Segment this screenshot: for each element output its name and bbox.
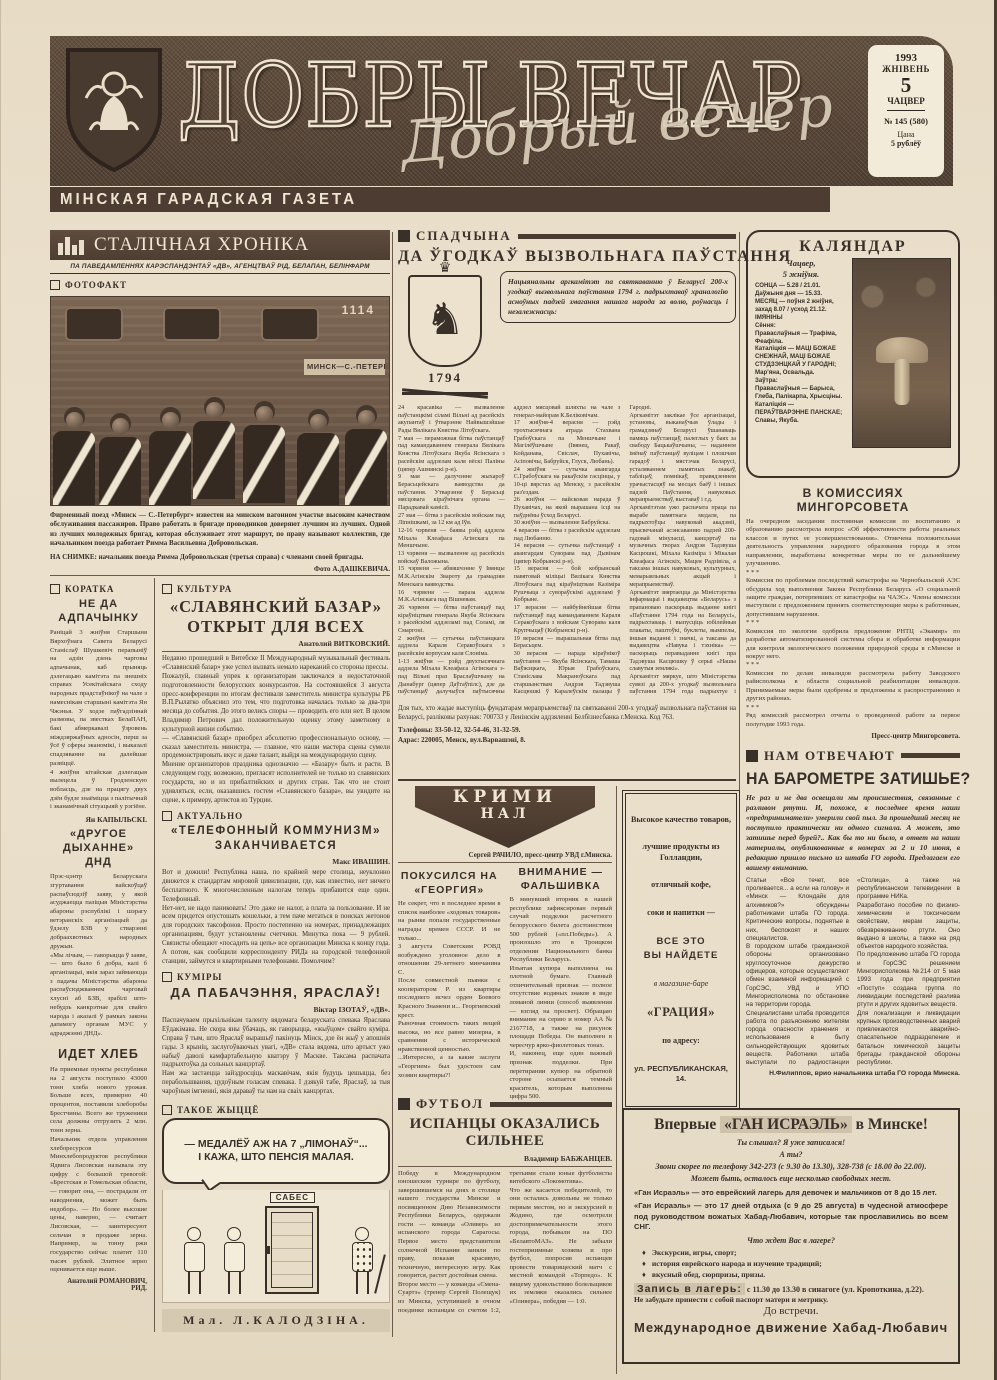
crossed-scythes-icon [398, 388, 492, 398]
spadchyna-address: Адрас: 220005, Менск, вул.Варвашэні, 8. [398, 736, 736, 744]
criminal-article1-headline: ПОКУСИЛСЯ НА «ГЕОРГИЯ» [398, 870, 501, 897]
left-column: СТАЛІЧНАЯ ХРОНІКА ПА ПАВЕДАМЛЕННЯХ КАРЭС… [50, 230, 390, 1332]
train-window [163, 307, 221, 341]
spadchyna-intro: Нацыянальны аргкамітэт па святкаванню ў … [500, 271, 736, 323]
futbol-headline: ИСПАНЦЫ ОКАЗАЛИСЬ СИЛЬНЕЕ [398, 1116, 612, 1151]
commissions-headline: В КОМИССИЯХ МИНГОРСОВЕТА [746, 486, 960, 514]
bread-byline: Анатолий РОМАНОВИЧ, РИД. [50, 1278, 147, 1292]
gan-bullet: ♦ история еврейского народа и изучение т… [634, 1258, 948, 1269]
dnd-body: Прэс-цэнтр Беларускага згуртавання вайск… [50, 873, 147, 1038]
barometer-headline: НА БАРОМЕТРЕ ЗАТИШЬЕ? [746, 770, 951, 789]
futbol-header: ФУТБОЛ [398, 1096, 612, 1112]
criminal-article1-body: Не секрет, что в последнее время в списо… [398, 900, 501, 1080]
gan-farewell: До встречи. [634, 1305, 948, 1317]
kumiry-byline: Віктар ІЗОТАЎ, «ДВ». [162, 1005, 390, 1014]
gan-question: Что ждет Вас в лагере? [634, 1236, 948, 1245]
date-year: 1993 [895, 52, 917, 64]
photo-figure [99, 418, 141, 506]
photo-figure [149, 412, 191, 506]
spadchyna-section-title: СПАДЧЫНА [416, 228, 512, 244]
comic-door-sign: САБЕС [270, 1192, 315, 1203]
spadchyna-chronology: 24 красавіка — вызваленне паўстанцкімі с… [398, 404, 736, 700]
gan-signup: Запись в лагерь: с 11.30 до 13.30 в сина… [634, 1283, 948, 1295]
futbol-body: Победу в Международном юношеском турнире… [398, 1170, 612, 1316]
barometer-byline: Н.Филиппов, врио начальника штаба ГО гор… [746, 1070, 960, 1077]
bread-headline: ИДЕТ ХЛЕБ [50, 1047, 147, 1063]
dnd-headline: «ДРУГОЕ ДЫХАННЕ» ДНД [50, 828, 147, 869]
rule [398, 862, 612, 863]
header-rule [901, 753, 960, 758]
uprising-year: 1794 [398, 370, 492, 386]
answer-section-title: НАМ ОТВЕЧАЮТ [764, 748, 895, 764]
criminal-article2-headline: ВНИМАНИЕ — ФАЛЬШИВКА [510, 866, 613, 893]
comic-credit: Мал. Л.КАЛОДЗІНА. [162, 1309, 390, 1332]
criminal-article2-body: В минувший вторник в нашей республике за… [510, 866, 613, 1104]
koratka-headline: НЕ ДА АДПАЧЫНКУ [50, 598, 147, 626]
square-bullet-icon [162, 584, 172, 594]
train-crew-photo: 1114 МИНСК—С.-ПЕТЕРБУРГ [50, 296, 390, 506]
gan-signup-label: Запись в лагерь: [634, 1283, 745, 1295]
gan-paragraph2: «Ган Исраэль» — это 17 дней отдыха (с 9 … [634, 1201, 948, 1232]
photo-figure [53, 412, 95, 506]
tagline-band: МІНСКАЯ ГАРАДСКАЯ ГАЗЕТА [50, 187, 830, 212]
telephone-byline: Макс ИВАШИН. [162, 857, 390, 866]
uprising-arms: ♛ ♞ 1794 [398, 271, 492, 398]
spadchyna-fundator-note: Для тых, хто жадае выступіць фундатарам … [398, 705, 736, 723]
narrow-subcolumn: КОРАТКА НЕ ДА АДПАЧЫНКУ Раніцай 3 жніўня… [50, 578, 147, 1333]
gracia-where: в магазине-баре [654, 979, 709, 988]
kumiry-body: Паспачуваем прыхільнікам таленту вядомаг… [162, 1017, 390, 1096]
criminal-articles: ПОКУСИЛСЯ НА «ГЕОРГИЯ» Не секрет, что в … [398, 866, 612, 1104]
spadchyna-section: СПАДЧЫНА ДА ЎГОДКАЎ ВЫЗВОЛЬНАГА ПАЎСТАНН… [398, 228, 736, 744]
gracia-line: лучшие продукты из Голландии, [629, 842, 733, 863]
gan-note: Не забудьте принести с собой паспорт мат… [634, 1295, 948, 1304]
header-rule [518, 234, 736, 239]
train-route-sign: МИНСК—С.-ПЕТЕРБУРГ [304, 359, 385, 375]
futbol-section: ФУТБОЛ ИСПАНЦЫ ОКАЗАЛИСЬ СИЛЬНЕЕ Владими… [398, 1096, 612, 1315]
price-value: 5 рублёў [891, 139, 921, 148]
bubble-tail [201, 1173, 220, 1192]
gracia-line: отличный кофе, [651, 880, 711, 891]
price-label: Цана [897, 130, 914, 139]
gracia-ad-inner: Высокое качество товаров, лучшие продукт… [625, 793, 737, 1107]
criminal-banner-line1: КРИМИ [415, 787, 595, 807]
telephone-body: Вот и дожили! Республика наша, по крайне… [162, 869, 390, 966]
spadchyna-phones: Тэлефоны: 33-50-12, 32-54-46, 31-32-59. [398, 726, 736, 734]
date-weekday: ЧАЦВЕР [887, 96, 925, 111]
gan-bullet: ♦ Экскурсии, игры, спорт; [634, 1247, 948, 1258]
comic-drawing: САБЕС [162, 1190, 390, 1303]
gan-israel-ad: Впервые «ГАН ИСРАЭЛЬ» в Минске! Ты слыша… [622, 1108, 960, 1364]
train-window [65, 307, 123, 341]
gan-paragraph1: «Ган Исраэль» — это еврейский лагерь для… [634, 1188, 948, 1198]
actual-label: АКТУАЛЬНО [162, 811, 390, 821]
futbol-byline: Владимир БАБЖАНЦЕВ. [398, 1154, 612, 1163]
gracia-ad: Высокое качество товаров, лучшие продукт… [622, 790, 740, 1110]
spadchyna-header: СПАДЧЫНА [398, 228, 736, 244]
comic-pensioner [349, 1227, 375, 1294]
right-column: КАЛЯНДАР Чацвер, 5 жніўня. СОНЦА — 5.28 … [746, 230, 960, 1077]
photo-figure [193, 402, 235, 499]
gan-title-highlight: «ГАН ИСРАЭЛЬ» [720, 1116, 852, 1133]
commissions-section: В КОМИССИЯХ МИНГОРСОВЕТА На очередном за… [746, 486, 960, 740]
minsk-coat-of-arms-icon [64, 46, 164, 174]
train-window [261, 307, 319, 341]
koratka-byline: Ян КАПЫЛЬСКІ. [50, 815, 147, 824]
rule [162, 651, 390, 652]
criminal-banner-line2: НАЛ [415, 806, 595, 822]
gracia-store-name: «ГРАЦИЯ» [647, 1005, 715, 1020]
gan-bullet: ♦ вкусный обед, сюрпризы, призы. [634, 1269, 948, 1280]
comic-block: ТАКОЕ ЖЫЦЦЁ — МЕДАЛЁЎ АЖ НА 7 „ЛІМОНАЎ“.… [162, 1105, 390, 1333]
section-divider [398, 779, 736, 781]
calendar-day: Чацвер, 5 жніўня. [755, 258, 847, 280]
gracia-line: Высокое качество товаров, [631, 815, 731, 826]
filled-square-icon [398, 230, 410, 242]
wide-subcolumn: КУЛЬТУРА «СЛАВЯНСКИЙ БАЗАР» ОТКРЫТ ДЛЯ В… [154, 578, 390, 1333]
arms-shield-icon: ♛ ♞ [408, 275, 482, 367]
gan-title-post: в Минске! [856, 1116, 928, 1133]
bazar-headline: «СЛАВЯНСКИЙ БАЗАР» ОТКРЫТ ДЛЯ ВСЕХ [162, 597, 390, 637]
photo-caption-note: НА СНИМКЕ: начальник поезда Римма Добров… [50, 553, 390, 561]
sources-line: ПА ПАВЕДАМЛЕННЯХ КАРЭСПАНДЭНТАЎ «ДВ», АГ… [50, 260, 390, 274]
gan-title-pre: Впервые [654, 1116, 716, 1133]
barometer-body: Статьи «Все течет, все проливается... а … [746, 877, 960, 1068]
criminal-banner: КРИМИ НАЛ [415, 786, 595, 848]
criminal-section: КРИМИ НАЛ Сергей РАЧИЛО, пресс-центр УВД… [398, 786, 612, 1104]
comic-label: ТАКОЕ ЖЫЦЦЁ [162, 1105, 390, 1115]
photo-figure [243, 406, 285, 503]
kumiry-label: КУМІРЫ [162, 972, 390, 982]
column-divider [392, 232, 393, 1337]
square-bullet-icon [162, 1105, 172, 1115]
gracia-address: ул. РЕСПУБЛИКАНСКАЯ, 14. [634, 1064, 728, 1085]
chronicle-header: СТАЛІЧНАЯ ХРОНІКА [50, 230, 390, 260]
diamond-bullet-icon: ♦ [642, 1247, 646, 1258]
calendar-text: Чацвер, 5 жніўня. СОНЦА — 5.28 / 21.01. … [755, 258, 847, 448]
comic-man [181, 1227, 207, 1294]
bazar-body: Недавно прошедший в Витебске II Междунар… [162, 655, 390, 805]
calendar-details: СОНЦА — 5.28 / 21.01. Даўжыня дня — 15.3… [755, 282, 847, 425]
gan-signup-details: с 11.30 до 13.30 в синагоге (ул. Кропотк… [747, 1285, 924, 1294]
comic-speech-bubble: — МЕДАЛЁЎ АЖ НА 7 „ЛІМОНАЎ“... І КАЖА, Ш… [162, 1118, 390, 1185]
culture-label: КУЛЬТУРА [162, 584, 390, 594]
bread-body: На приемные пункты республики на 2 авгус… [50, 1066, 147, 1275]
gracia-slogan: ВСЕ ЭТО ВЫ НАЙДЕТЕ [644, 935, 719, 962]
gan-title: Впервые «ГАН ИСРАЭЛЬ» в Минске! [634, 1116, 948, 1134]
kumiry-headline: ДА ПАБАЧЭННЯ, ЯРАСЛАЎ! [162, 985, 390, 1002]
answer-header: НАМ ОТВЕЧАЮТ [746, 748, 960, 764]
issue-number: № 145 (580) [884, 116, 928, 126]
koratka-body: Раніцай 3 жніўня Старшыня Вярхоўнага Сав… [50, 629, 147, 812]
rider-icon: ♞ [425, 295, 464, 344]
filled-square-icon [746, 750, 758, 762]
commissions-byline: Пресс-центр Мингорсовета. [746, 732, 960, 740]
mushroom-photo [852, 258, 951, 448]
mushroom-stem [894, 359, 909, 405]
commissions-body: На очередном заседании постоянная комисс… [746, 518, 960, 729]
train-number: 1114 [342, 303, 375, 317]
photo-figure [297, 414, 339, 506]
koratka-label: КОРАТКА [50, 584, 147, 594]
square-bullet-icon [162, 972, 172, 982]
gan-footer: Международное движение Хабад-Любавич [634, 1320, 948, 1335]
spadchyna-top-row: ♛ ♞ 1794 Нацыянальны аргкамітэт па святк… [398, 271, 736, 398]
gracia-address-label: по адресу: [662, 1036, 700, 1047]
header-rule [490, 1102, 612, 1107]
criminal-byline: Сергей РАЧИЛО, пресс-центр УВД г.Минска. [398, 851, 612, 859]
city-icon [58, 235, 84, 255]
telephone-headline: «ТЕЛЕФОННЫЙ КОММУНИЗМ» ЗАКАНЧИВАЕТСЯ [162, 824, 390, 854]
gracia-line: соки и напитки — [647, 908, 715, 919]
rule [398, 1166, 612, 1167]
photofact-label: ФОТОФАКТ [50, 280, 390, 290]
gan-teaser: Ты слышал? Я уже записался! А ты? Звони … [634, 1137, 948, 1185]
futbol-section-title: ФУТБОЛ [416, 1096, 484, 1112]
diamond-bullet-icon: ♦ [642, 1258, 646, 1269]
photo-figure [345, 410, 387, 506]
calendar-title: КАЛЯНДАР [755, 238, 951, 256]
column-divider [616, 786, 617, 1374]
photo-caption: Фирменный поезд «Минск — С.-Петербург» и… [50, 511, 390, 549]
chronicle-title: СТАЛІЧНАЯ ХРОНІКА [94, 234, 309, 256]
square-bullet-icon [50, 280, 60, 290]
comic-man [221, 1227, 247, 1294]
comic-door [265, 1206, 319, 1294]
date-day: 5 [901, 74, 912, 96]
square-bullet-icon [162, 811, 172, 821]
crown-icon: ♛ [439, 262, 452, 276]
left-subcolumns: КОРАТКА НЕ ДА АДПАЧЫНКУ Раніцай 3 жніўня… [50, 575, 390, 1333]
diamond-bullet-icon: ♦ [642, 1269, 646, 1280]
photo-credit: Фото А.ДАШКЕВИЧА. [50, 565, 390, 573]
barometer-lead: Не раз и не два освещали мы происшествия… [746, 793, 960, 873]
bazar-byline: Анатолий ВИТКОВСКИЙ. [162, 639, 390, 648]
filled-square-icon [398, 1098, 410, 1110]
tagline-text: МІНСКАЯ ГАРАДСКАЯ ГАЗЕТА [60, 191, 357, 209]
square-bullet-icon [50, 584, 60, 594]
calendar-box: КАЛЯНДАР Чацвер, 5 жніўня. СОНЦА — 5.28 … [746, 230, 960, 478]
